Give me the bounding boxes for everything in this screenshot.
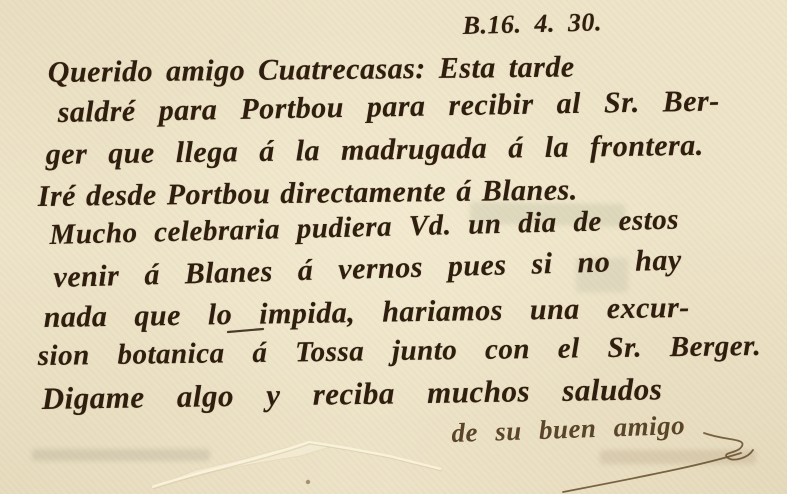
ink-speck xyxy=(306,480,310,484)
signature-line: de su buen amigo xyxy=(451,410,686,449)
letter-line: venir á Blanes á vernos pues si no hay xyxy=(53,243,682,295)
letter-line: Querido amigo Cuatrecasas: Esta tarde xyxy=(48,50,575,90)
show-through-mark xyxy=(600,450,756,464)
letter-date: B.16. 4. 30. xyxy=(462,7,602,41)
letter-line: ger que llega á la madrugada á la fronte… xyxy=(46,129,704,172)
show-through-mark xyxy=(32,449,210,461)
letter-line: saldré para Portbou para recibir al Sr. … xyxy=(57,84,720,130)
letter-line: Digame algo y reciba muchos saludos xyxy=(41,371,662,417)
letter-line: nada que lo impida, hariamos una excur- xyxy=(43,291,690,335)
paper-crease xyxy=(150,442,442,489)
letter-line: sion botanica á Tossa junto con el Sr. B… xyxy=(38,330,762,373)
scanned-letter-page: { "letter": { "date": "B.16. 4. 30.", "l… xyxy=(0,0,787,494)
